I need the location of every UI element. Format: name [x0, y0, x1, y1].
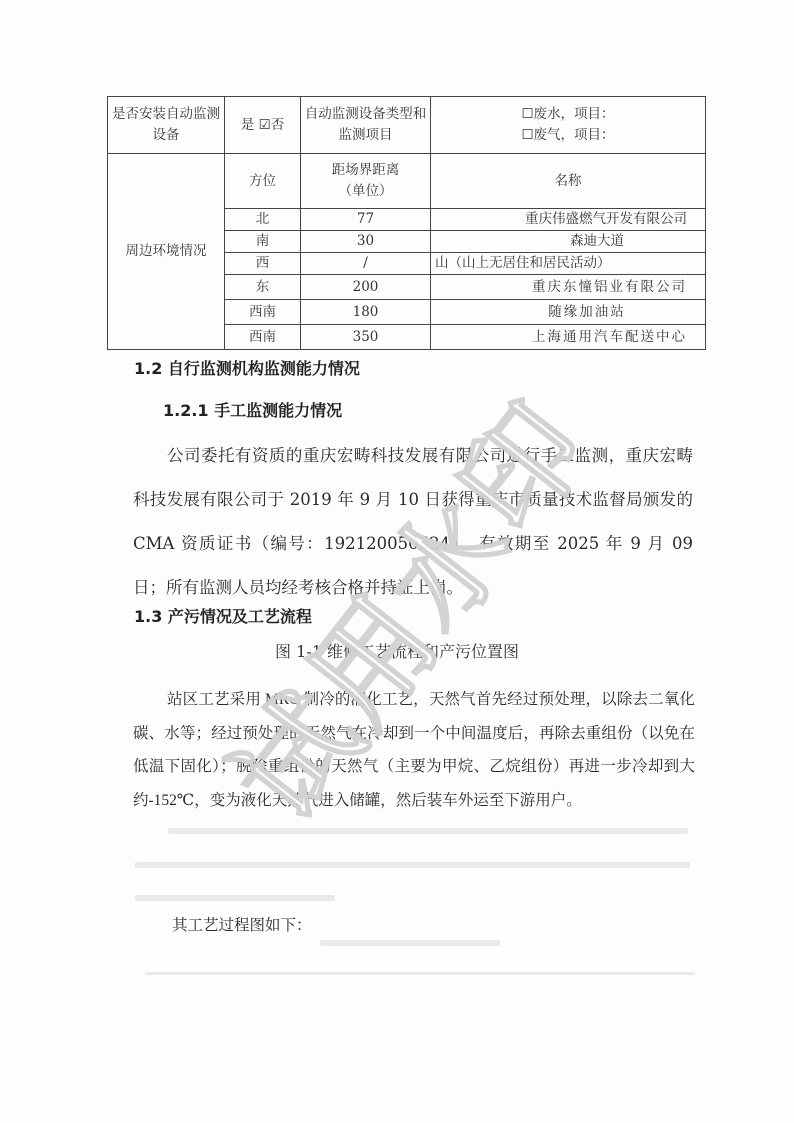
auto-monitor-type-label: 自动监测设备类型和监测项目: [301, 97, 431, 154]
name-cell: 森迪大道: [431, 231, 706, 253]
waste-gas-checkbox-item: ☐废气，项目：: [433, 125, 703, 146]
auto-monitor-row: 是否安装自动监测设备 是 ☑否 自动监测设备类型和监测项目 ☐废水，项目： ☐废…: [108, 97, 706, 154]
distance-cell: 350: [301, 325, 431, 350]
header-distance-line2: （单位）: [303, 181, 428, 202]
name-cell: 随缘加油站: [431, 300, 706, 325]
direction-cell: 东: [225, 275, 301, 300]
bleed-through-line: [135, 895, 335, 901]
name-cell: 上海通用汽车配送中心: [431, 325, 706, 350]
section-heading-1-2: 1.2 自行监测机构监测能力情况: [134, 356, 360, 379]
surroundings-label: 周边环境情况: [108, 154, 225, 350]
header-distance: 距场界距离 （单位）: [301, 154, 431, 209]
name-cell: 重庆东憧铝业有限公司: [431, 275, 706, 300]
section-heading-1-2-1: 1.2.1 手工监测能力情况: [163, 398, 342, 421]
auto-monitor-label: 是否安装自动监测设备: [108, 97, 225, 154]
process-description-paragraph: 站区工艺采用 MRC 制冷的液化工艺，天然气首先经过预处理，以除去二氧化碳、水等…: [133, 683, 695, 817]
wastewater-checkbox-item: ☐废水，项目：: [433, 104, 703, 125]
auto-monitor-items: ☐废水，项目： ☐废气，项目：: [431, 97, 706, 154]
direction-cell: 西南: [225, 300, 301, 325]
distance-cell: /: [301, 253, 431, 275]
direction-cell: 南: [225, 231, 301, 253]
distance-cell: 180: [301, 300, 431, 325]
name-cell: 重庆伟盛燃气开发有限公司: [431, 209, 706, 231]
monitoring-info-table: 是否安装自动监测设备 是 ☑否 自动监测设备类型和监测项目 ☐废水，项目： ☐废…: [107, 96, 706, 350]
manual-monitoring-paragraph: 公司委托有资质的重庆宏畴科技发展有限公司进行手工监测，重庆宏畴科技发展有限公司于…: [133, 434, 693, 610]
process-diagram-intro: 其工艺过程图如下：: [172, 913, 312, 935]
distance-cell: 30: [301, 231, 431, 253]
surroundings-header-row: 周边环境情况 方位 距场界距离 （单位） 名称: [108, 154, 706, 209]
section-heading-1-3: 1.3 产污情况及工艺流程: [134, 604, 312, 627]
bleed-through-line: [168, 828, 688, 834]
header-distance-line1: 距场界距离: [303, 160, 428, 181]
figure-caption: 图 1-1 维修工艺流程和产污位置图: [0, 639, 794, 662]
name-cell: 山（山上无居住和居民活动）: [431, 253, 706, 275]
header-direction: 方位: [225, 154, 301, 209]
document-page: 是否安装自动监测设备 是 ☑否 自动监测设备类型和监测项目 ☐废水，项目： ☐废…: [0, 0, 794, 1123]
direction-cell: 西: [225, 253, 301, 275]
bleed-through-line: [145, 972, 695, 975]
direction-cell: 北: [225, 209, 301, 231]
header-name: 名称: [431, 154, 706, 209]
direction-cell: 西南: [225, 325, 301, 350]
distance-cell: 77: [301, 209, 431, 231]
distance-cell: 200: [301, 275, 431, 300]
bleed-through-line: [320, 940, 500, 946]
auto-monitor-yes-no: 是 ☑否: [225, 97, 301, 154]
bleed-through-line: [135, 862, 690, 868]
